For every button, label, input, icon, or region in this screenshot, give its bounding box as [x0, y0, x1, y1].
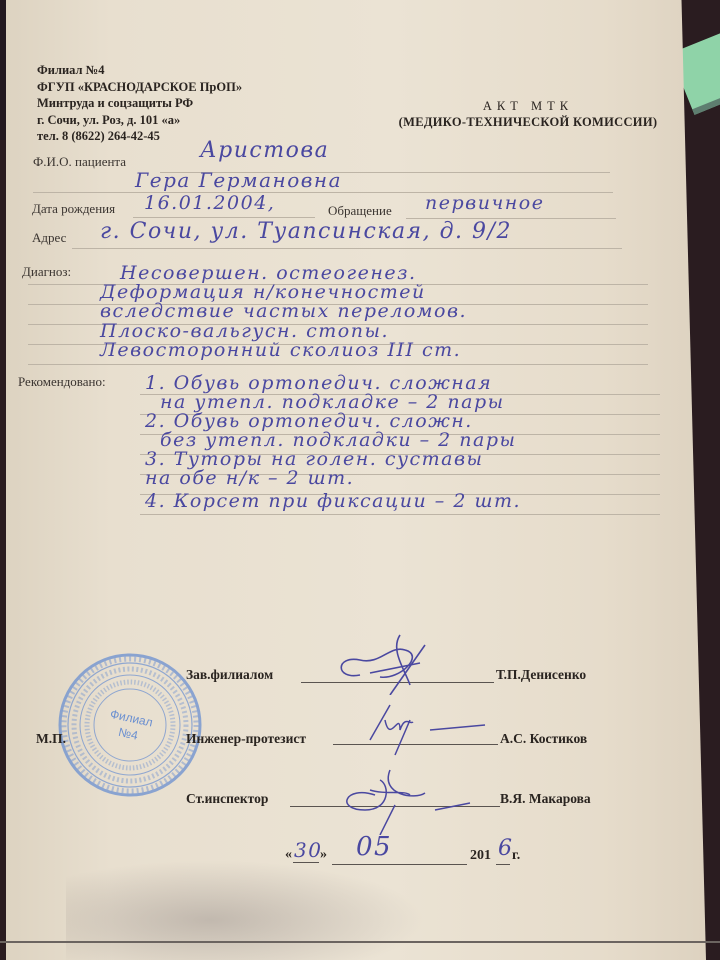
stamp-text-branch: Филиал: [109, 707, 154, 730]
stamp-text-number: №4: [117, 725, 139, 743]
address-label: Адрес: [32, 230, 66, 246]
org-branch: Филиал №4: [37, 62, 242, 79]
date-year-unit: г.: [512, 848, 520, 864]
signature-mark-engineer-icon: [355, 700, 495, 760]
address-value: г. Сочи, ул. Туапсинская, д. 9/2: [100, 219, 512, 244]
signature-role-inspector: Ст.инспектор: [186, 791, 268, 807]
date-year-prefix: 201: [470, 848, 491, 864]
stamp-place-label: М.П.: [36, 731, 66, 747]
diagnosis-line-3: вследствие частых переломов.: [100, 300, 467, 322]
official-stamp-icon: Филиал №4: [55, 650, 205, 800]
ruled-line: [140, 514, 660, 515]
signature-role-head: Зав.филиалом: [186, 667, 273, 683]
date-day-underline: [293, 862, 319, 863]
document-title-block: АКТ МТК (МЕДИКО-ТЕХНИЧЕСКОЙ КОМИССИИ): [348, 98, 708, 130]
request-value: первичное: [425, 192, 544, 214]
recommended-label: Рекомендовано:: [18, 374, 106, 390]
recommended-line-6: на обе н/к – 2 шт.: [145, 467, 354, 489]
date-month: 05: [356, 832, 392, 862]
recommended-line-7: 4. Корсет при фиксации – 2 шт.: [145, 490, 521, 512]
organization-header: Филиал №4 ФГУП «КРАСНОДАРСКОЕ ПрОП» Минт…: [37, 62, 242, 145]
ruled-line: [28, 364, 648, 365]
patient-label: Ф.И.О. пациента: [33, 154, 126, 170]
signature-mark-inspector-icon: [335, 765, 495, 835]
signature-mark-head-icon: [330, 625, 450, 695]
document-title: АКТ МТК: [348, 98, 708, 114]
signature-name-engineer: А.С. Костиков: [500, 731, 587, 747]
patient-name: Гера Германовна: [135, 168, 342, 192]
patient-surname: Аристова: [200, 138, 329, 163]
org-name: ФГУП «КРАСНОДАРСКОЕ ПрОП»: [37, 79, 242, 96]
date-open-quote: «: [285, 847, 292, 863]
signature-name-inspector: В.Я. Макарова: [500, 791, 591, 807]
date-month-line: [332, 864, 467, 865]
diagnosis-line-5: Левосторонний сколиоз III ст.: [100, 339, 461, 361]
org-ministry: Минтруда и соцзащиты РФ: [37, 95, 242, 112]
page-edge-shadow: [0, 941, 720, 943]
dob-value: 16.01.2004,: [144, 192, 275, 214]
diagnosis-label: Диагноз:: [22, 264, 71, 280]
request-label: Обращение: [328, 203, 392, 219]
date-year-underline: [496, 864, 510, 865]
document-subtitle: (МЕДИКО-ТЕХНИЧЕСКОЙ КОМИССИИ): [348, 114, 708, 130]
ruled-line: [72, 248, 622, 249]
org-address: г. Сочи, ул. Роз, д. 101 «а»: [37, 112, 242, 129]
signature-role-engineer: Инженер-протезист: [186, 731, 306, 747]
signature-name-head: Т.П.Денисенко: [496, 667, 586, 683]
ruled-line: [133, 217, 315, 218]
date-day: 30: [294, 838, 322, 862]
dob-label: Дата рождения: [32, 201, 115, 217]
date-close-quote: »: [320, 847, 327, 863]
